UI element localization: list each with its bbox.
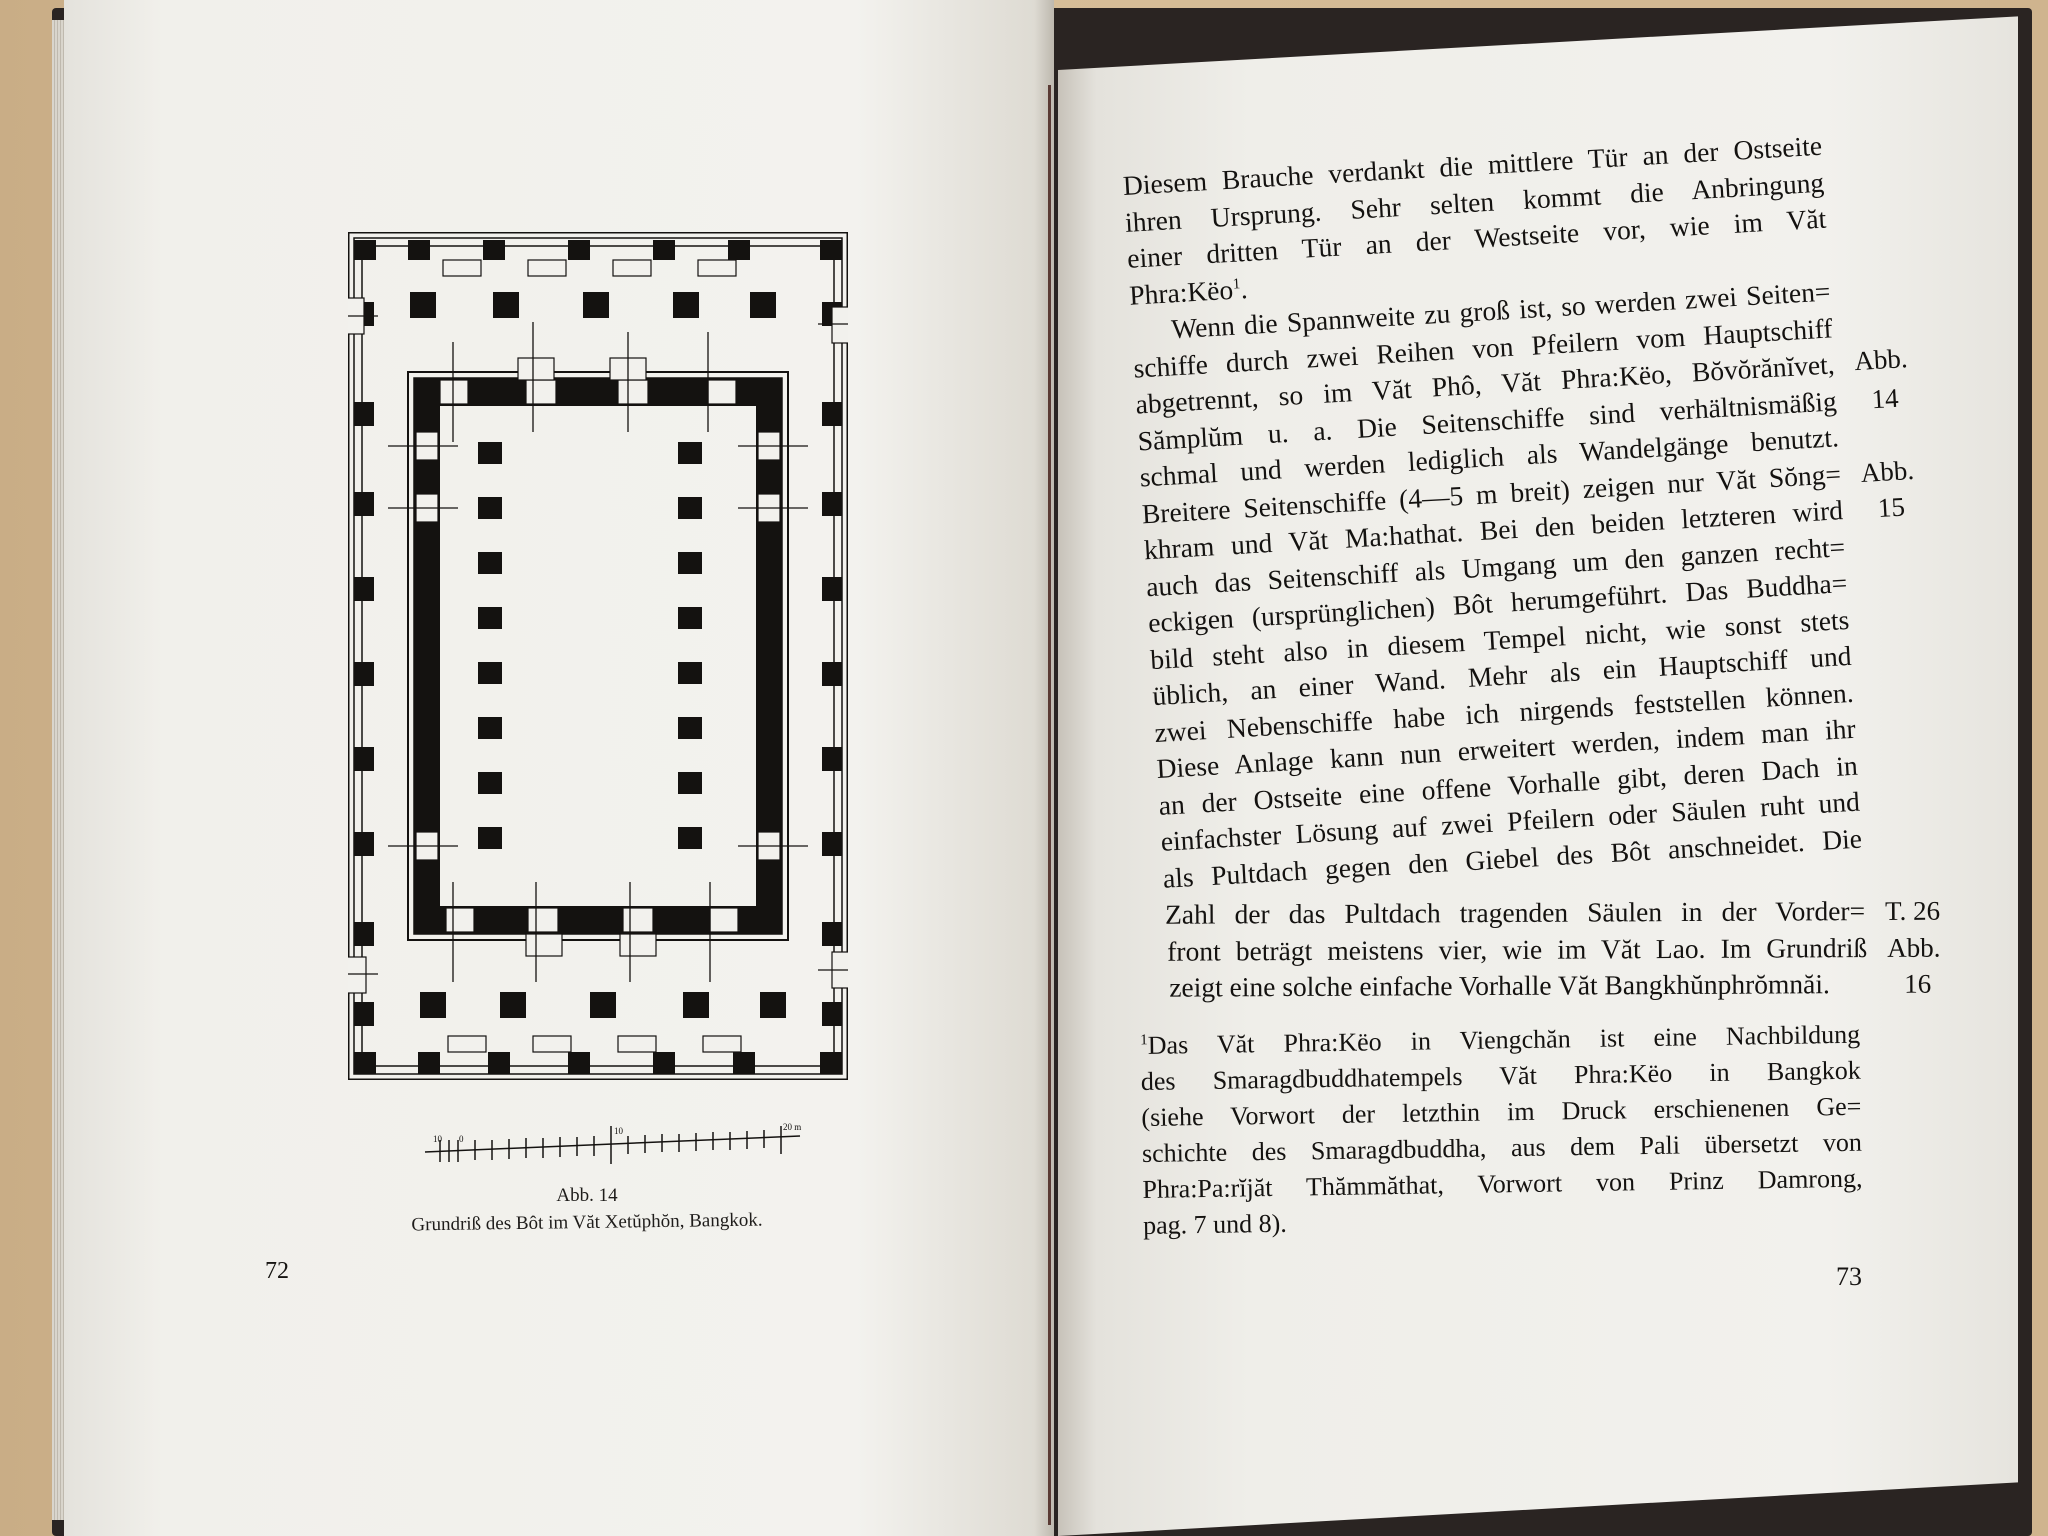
margin-note: 16 — [1904, 966, 1931, 1003]
text-line: Zahl der das Pultdach tragenden Säulen i… — [1165, 893, 1865, 933]
page-number-left: 72 — [265, 1258, 289, 1285]
margin-note: 15 — [1877, 489, 1906, 527]
svg-text:10: 10 — [614, 1126, 624, 1136]
margin-note: Abb. — [1887, 929, 1940, 966]
scale-bar: 10 0 10 20 m — [415, 1112, 805, 1172]
text-line: zeigt eine solche einfache Vorhalle Văt … — [1169, 966, 1869, 1006]
floor-plan-figure — [348, 232, 848, 1080]
margin-note: T. 26 — [1885, 893, 1940, 930]
page-number-right: 73 — [1836, 1262, 1862, 1292]
book-spine — [1048, 85, 1051, 1525]
margin-note: Abb. — [1853, 340, 1908, 380]
svg-text:10: 10 — [433, 1134, 443, 1144]
svg-text:20 m: 20 m — [783, 1122, 801, 1132]
body-text: Diesem Brauche verdankt die mittlere Tür… — [1122, 122, 1969, 1006]
floor-plan-drawing — [348, 232, 848, 1080]
footnote: 1Das Văt Phra:Këo in Viengchăn ist eine … — [1140, 1017, 1863, 1244]
margin-note: Abb. — [1860, 451, 1915, 491]
figure-number: Abb. 14 — [60, 1185, 1114, 1207]
margin-note: 14 — [1870, 379, 1899, 417]
svg-text:0: 0 — [459, 1134, 464, 1144]
text-line: front beträgt meistens vier, wie im Văt … — [1167, 930, 1867, 970]
